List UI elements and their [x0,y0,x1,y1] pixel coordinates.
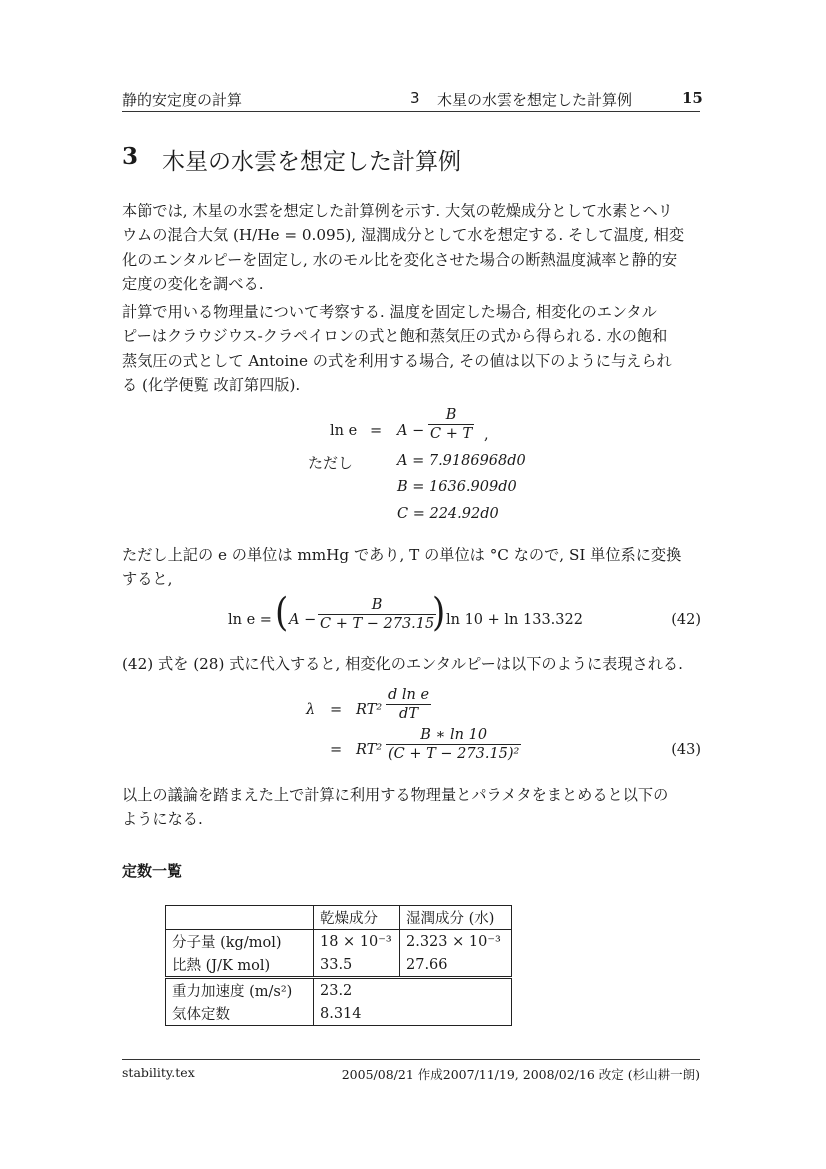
fraction-numerator: d ln e [386,686,431,705]
paragraph-summary: 以上の議論を踏まえた上で計算に利用する物理量とパラメタをまとめると以下の ように… [122,783,702,832]
text-line: すると, [122,567,702,591]
eq42-a: A − [289,612,316,628]
table-row: 重力加速度 (m/s²) 23.2 [166,979,512,1003]
eq43-lambda: λ [306,702,315,718]
header-rule [122,111,700,112]
text-line: ようになる. [122,807,702,831]
table-row: 比熱 (J/K mol) 33.5 27.66 [166,953,512,977]
eq43-equals-2: = [330,742,342,758]
paragraph-unit-conversion: ただし上記の e の単位は mmHg であり, T の単位は °C なので, S… [122,543,702,592]
table-cell: 気体定数 [166,1002,314,1026]
text-line: ピーはクラウジウス-クラペイロンの式と飽和蒸気圧の式から得られる. 水の飽和 [122,324,702,348]
table-row: 分子量 (kg/mol) 18 × 10⁻³ 2.323 × 10⁻³ [166,930,512,954]
text-line: る (化学便覧 改訂第四版). [122,373,702,397]
footer-revision-info: 2005/08/21 作成2007/11/19, 2008/02/16 改定 (… [342,1065,700,1083]
table-row: 気体定数 8.314 [166,1002,512,1026]
section-title: 木星の水雲を想定した計算例 [162,143,461,176]
text-line: 計算で用いる物理量について考察する. 温度を固定した場合, 相変化のエンタル [122,300,702,324]
text-line: 以上の議論を踏まえた上で計算に利用する物理量とパラメタをまとめると以下の [122,783,702,807]
paragraph-physical-quantities: 計算で用いる物理量について考察する. 温度を固定した場合, 相変化のエンタル ピ… [122,300,702,397]
table-cell: 比熱 (J/K mol) [166,953,314,977]
fraction-denominator: C + T [428,425,474,443]
text-line: 化のエンタルピーを固定し, 水のモル比を変化させた場合の断熱温度減率と静的安 [122,248,702,272]
text-line: 定度の変化を調べる. [122,272,702,296]
text-line: ウムの混合大気 (H/He = 0.095), 湿潤成分として水を想定する. そ… [122,223,702,247]
constant-b: B = 1636.909d0 [397,479,517,495]
text-line: ただし上記の e の単位は mmHg であり, T の単位は °C なので, S… [122,543,702,567]
eq42-lhs: ln e = [228,612,272,628]
text-line: 蒸気圧の式として Antoine の式を利用する場合, その値は以下のように与え… [122,349,702,373]
table-cell: 27.66 [400,953,512,977]
table-cell: 8.314 [314,1002,512,1026]
equation-comma: , [484,427,489,443]
fraction-denominator: C + T − 273.15 [318,615,436,633]
constants-heading: 定数一覧 [122,860,182,881]
constants-table-components: 乾燥成分 湿潤成分 (水) 分子量 (kg/mol) 18 × 10⁻³ 2.3… [165,905,512,977]
fraction-denominator: dT [386,705,431,723]
fraction-numerator: B [428,406,474,425]
table-header-cell: 湿潤成分 (水) [400,906,512,930]
footer-rule [122,1059,700,1060]
fraction-numerator: B ∗ ln 10 [386,726,521,745]
table-cell: 重力加速度 (m/s²) [166,979,314,1003]
eq43-fraction-1: d ln e dT [386,686,431,723]
eq42-fraction: B C + T − 273.15 [318,596,436,633]
constant-a: A = 7.9186968d0 [397,453,526,469]
constant-c: C = 224.92d0 [397,506,499,522]
table-header-cell: 乾燥成分 [314,906,400,930]
eq42-right-paren: ) [432,596,445,630]
fraction-numerator: B [318,596,436,615]
eq43-rt2-1: RT² [356,702,382,718]
eq43-equals-1: = [330,702,342,718]
fraction-denominator: (C + T − 273.15)² [386,745,521,763]
eq43-fraction-2: B ∗ ln 10 (C + T − 273.15)² [386,726,521,763]
running-header-section-title: 木星の水雲を想定した計算例 [437,89,632,110]
table-cell: 33.5 [314,953,400,977]
table-cell: 18 × 10⁻³ [314,930,400,954]
table-cell: 分子量 (kg/mol) [166,930,314,954]
equation-lhs: ln e [330,423,357,439]
table-header-cell [166,906,314,930]
section-number: 3 [122,143,138,170]
text-line: 本節では, 木星の水雲を想定した計算例を示す. 大気の乾燥成分として水素とヘリ [122,199,702,223]
running-header-left: 静的安定度の計算 [122,89,242,110]
running-header-section-number: 3 [410,89,420,107]
page-number: 15 [682,89,703,107]
paragraph-substitution: (42) 式を (28) 式に代入すると, 相変化のエンタルピーは以下のように表… [122,652,702,676]
table-cell: 23.2 [314,979,512,1003]
eq42-tail: ln 10 + ln 133.322 [446,612,583,628]
constants-table-general: 重力加速度 (m/s²) 23.2 気体定数 8.314 [165,978,512,1026]
eq43-rt2-2: RT² [356,742,382,758]
equation-number-43: (43) [671,742,701,758]
equation-number-42: (42) [671,612,701,628]
text-line: (42) 式を (28) 式に代入すると, 相変化のエンタルピーは以下のように表… [122,652,702,676]
equation-fraction: B C + T [428,406,474,443]
table-cell: 2.323 × 10⁻³ [400,930,512,954]
table-header-row: 乾燥成分 湿潤成分 (水) [166,906,512,930]
paragraph-intro: 本節では, 木星の水雲を想定した計算例を示す. 大気の乾燥成分として水素とヘリ … [122,199,702,296]
eq42-left-paren: ( [275,596,288,630]
footer-filename: stability.tex [122,1065,195,1080]
tadashi-label: ただし [308,452,353,473]
equation-equals: = [370,423,382,439]
equation-rhs-a: A − [397,423,424,439]
